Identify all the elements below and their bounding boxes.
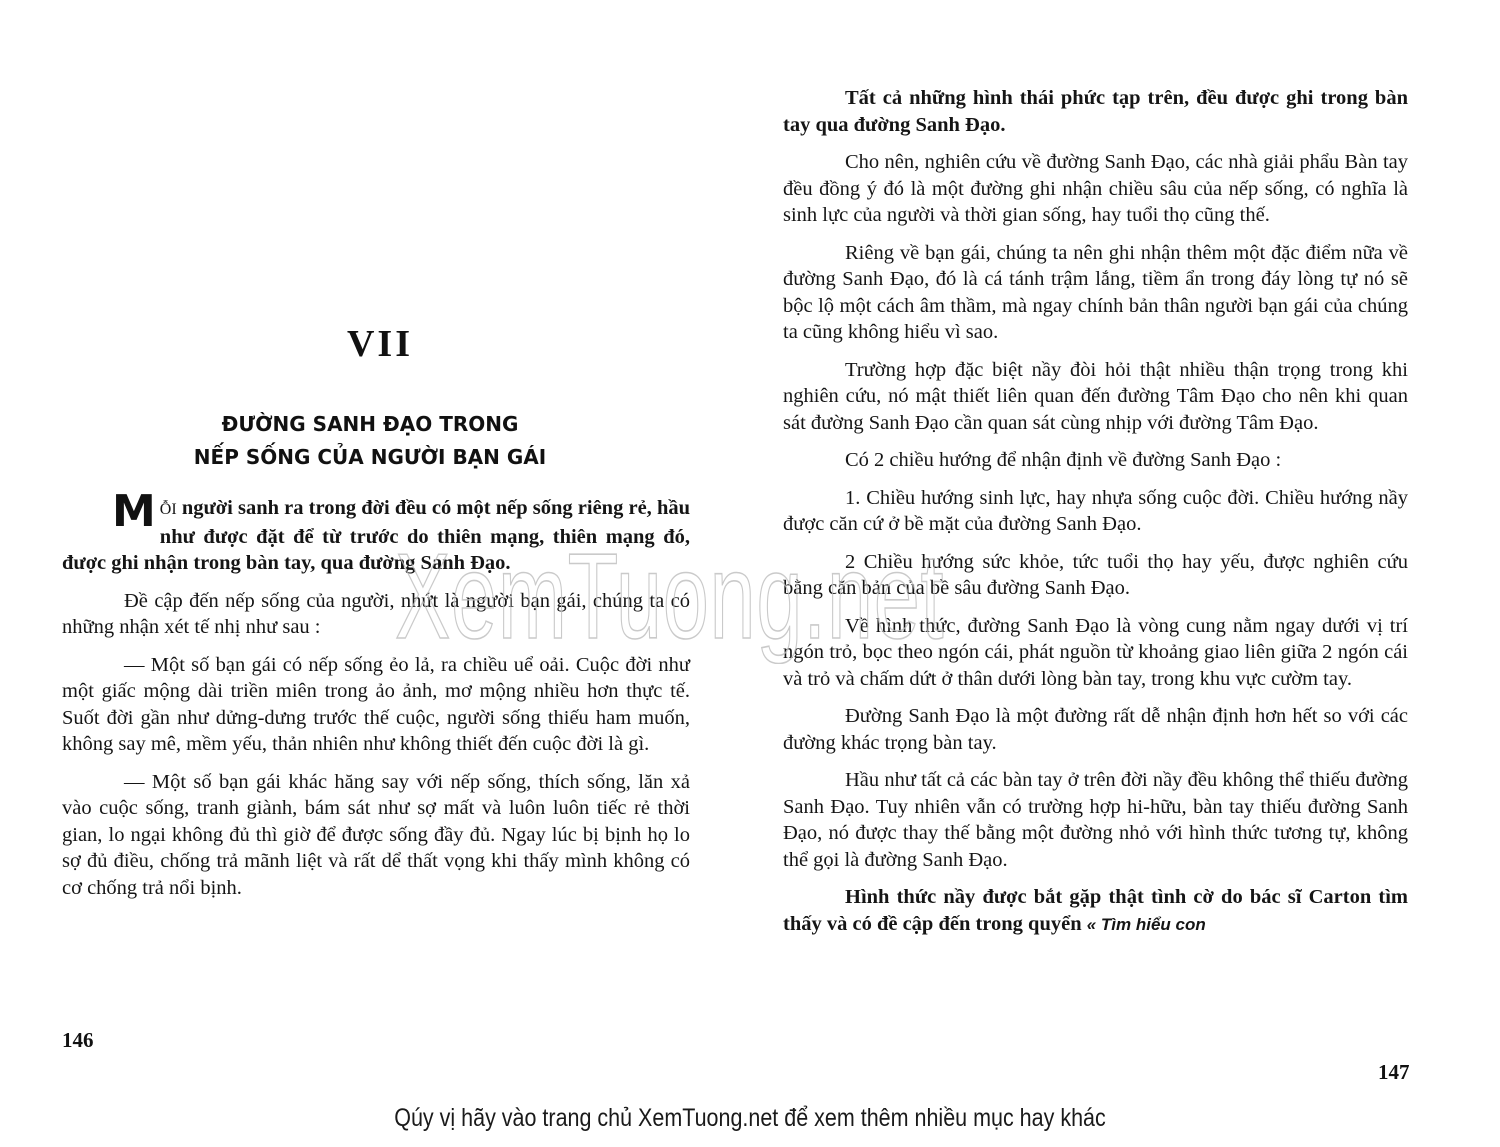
- paragraph-last: Hình thức nầy được bắt gặp thật tình cờ …: [783, 884, 1408, 938]
- left-page-body: MỖI người sanh ra trong đời đều có một n…: [62, 495, 690, 912]
- book-title-italic: « Tìm hiểu con: [1087, 915, 1206, 934]
- paragraph: — Một số bạn gái có nếp sống ẻo lả, ra c…: [62, 652, 690, 758]
- paragraph: Riêng về bạn gái, chúng ta nên ghi nhận …: [783, 240, 1408, 346]
- paragraph-text: người sanh ra trong đời đều có một nếp s…: [62, 497, 690, 574]
- paragraph: Trường hợp đặc biệt nầy đòi hỏi thật nhi…: [783, 357, 1408, 437]
- chapter-number: VII: [300, 322, 460, 366]
- chapter-title-line-2: NẾP SỐNG CỦA NGƯỜI BẠN GÁI: [120, 441, 620, 474]
- page-number-left: 146: [62, 1028, 94, 1053]
- right-page-body: Tất cả những hình thái phức tạp trên, đề…: [783, 85, 1408, 949]
- dropcap-letter: M: [112, 497, 156, 527]
- chapter-title: ĐƯỜNG SANH ĐẠO TRONG NẾP SỐNG CỦA NGƯỜI …: [120, 408, 620, 474]
- dropcap-rest: ỖI: [160, 501, 177, 518]
- left-page: VII ĐƯỜNG SANH ĐẠO TRONG NẾP SỐNG CỦA NG…: [0, 0, 750, 1100]
- opening-paragraph: MỖI người sanh ra trong đời đều có một n…: [62, 495, 690, 577]
- paragraph: Cho nên, nghiên cứu về đường Sanh Đạo, c…: [783, 149, 1408, 229]
- list-item: 2 Chiều hướng sức khỏe, tức tuổi thọ hay…: [783, 549, 1408, 602]
- page-number-right: 147: [1378, 1060, 1410, 1085]
- paragraph: — Một số bạn gái khác hăng say với nếp s…: [62, 769, 690, 902]
- paragraph: Tất cả những hình thái phức tạp trên, đề…: [783, 85, 1408, 138]
- right-page: Tất cả những hình thái phức tạp trên, đề…: [750, 0, 1500, 1100]
- paragraph: Về hình thức, đường Sanh Đạo là vòng cun…: [783, 613, 1408, 693]
- chapter-title-line-1: ĐƯỜNG SANH ĐẠO TRONG: [120, 408, 620, 441]
- paragraph: Đề cập đến nếp sống của người, nhứt là n…: [62, 588, 690, 641]
- paragraph: Có 2 chiều hướng để nhận định về đường S…: [783, 447, 1408, 474]
- footer-banner: Qúy vị hãy vào trang chủ XemTuong.net để…: [105, 1104, 1395, 1133]
- paragraph: Đường Sanh Đạo là một đường rất dễ nhận …: [783, 703, 1408, 756]
- list-item: 1. Chiều hướng sinh lực, hay nhựa sống c…: [783, 485, 1408, 538]
- paragraph: Hầu như tất cả các bàn tay ở trên đời nầ…: [783, 767, 1408, 873]
